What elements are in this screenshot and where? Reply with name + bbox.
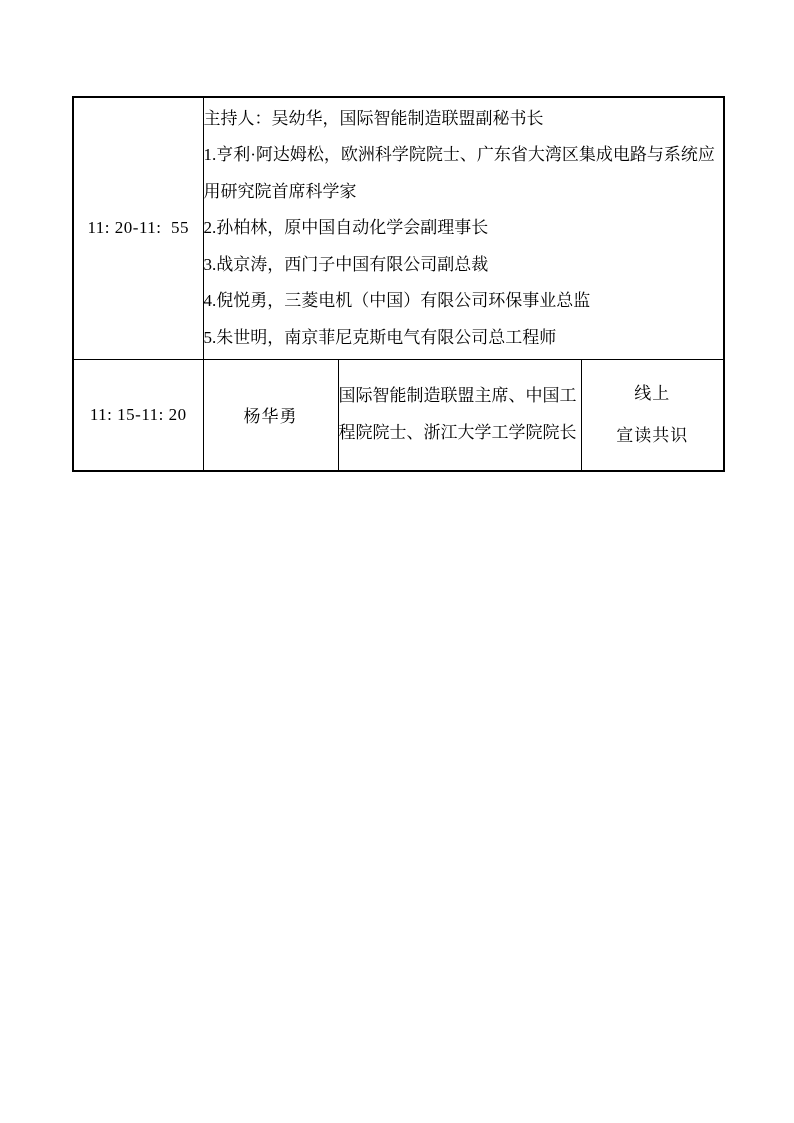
speaker-title-cell: 国际智能制造联盟主席、中国工程院院士、浙江大学工学院院长 [338, 359, 581, 471]
speaker-item: 1.亨利·阿达姆松，欧洲科学院院士、广东省大湾区集成电路与系统应用研究院首席科学… [204, 137, 724, 210]
speaker-item: 4.倪悦勇，三菱电机（中国）有限公司环保事业总监 [204, 283, 724, 320]
format-line: 线上 [582, 373, 724, 415]
document-page: 11: 20-11: 55 主持人：吴幼华，国际智能制造联盟副秘书长 1.亨利·… [0, 0, 794, 1123]
session-format-cell: 线上 宣读共识 [581, 359, 724, 471]
speaker-item: 2.孙柏林，原中国自动化学会副理事长 [204, 210, 724, 247]
table-row: 11: 15-11: 20 杨华勇 国际智能制造联盟主席、中国工程院院士、浙江大… [73, 359, 724, 471]
speaker-item: 3.战京涛，西门子中国有限公司副总裁 [204, 247, 724, 284]
speaker-item: 5.朱世明，南京菲尼克斯电气有限公司总工程师 [204, 320, 724, 357]
host-line: 主持人：吴幼华，国际智能制造联盟副秘书长 [204, 101, 724, 138]
time-cell: 11: 15-11: 20 [73, 359, 203, 471]
panel-cell: 主持人：吴幼华，国际智能制造联盟副秘书长 1.亨利·阿达姆松，欧洲科学院院士、广… [203, 97, 724, 359]
time-cell: 11: 20-11: 55 [73, 97, 203, 359]
table-row: 11: 20-11: 55 主持人：吴幼华，国际智能制造联盟副秘书长 1.亨利·… [73, 97, 724, 359]
schedule-table: 11: 20-11: 55 主持人：吴幼华，国际智能制造联盟副秘书长 1.亨利·… [72, 96, 725, 472]
format-line: 宣读共识 [582, 415, 724, 457]
speaker-name-cell: 杨华勇 [203, 359, 338, 471]
